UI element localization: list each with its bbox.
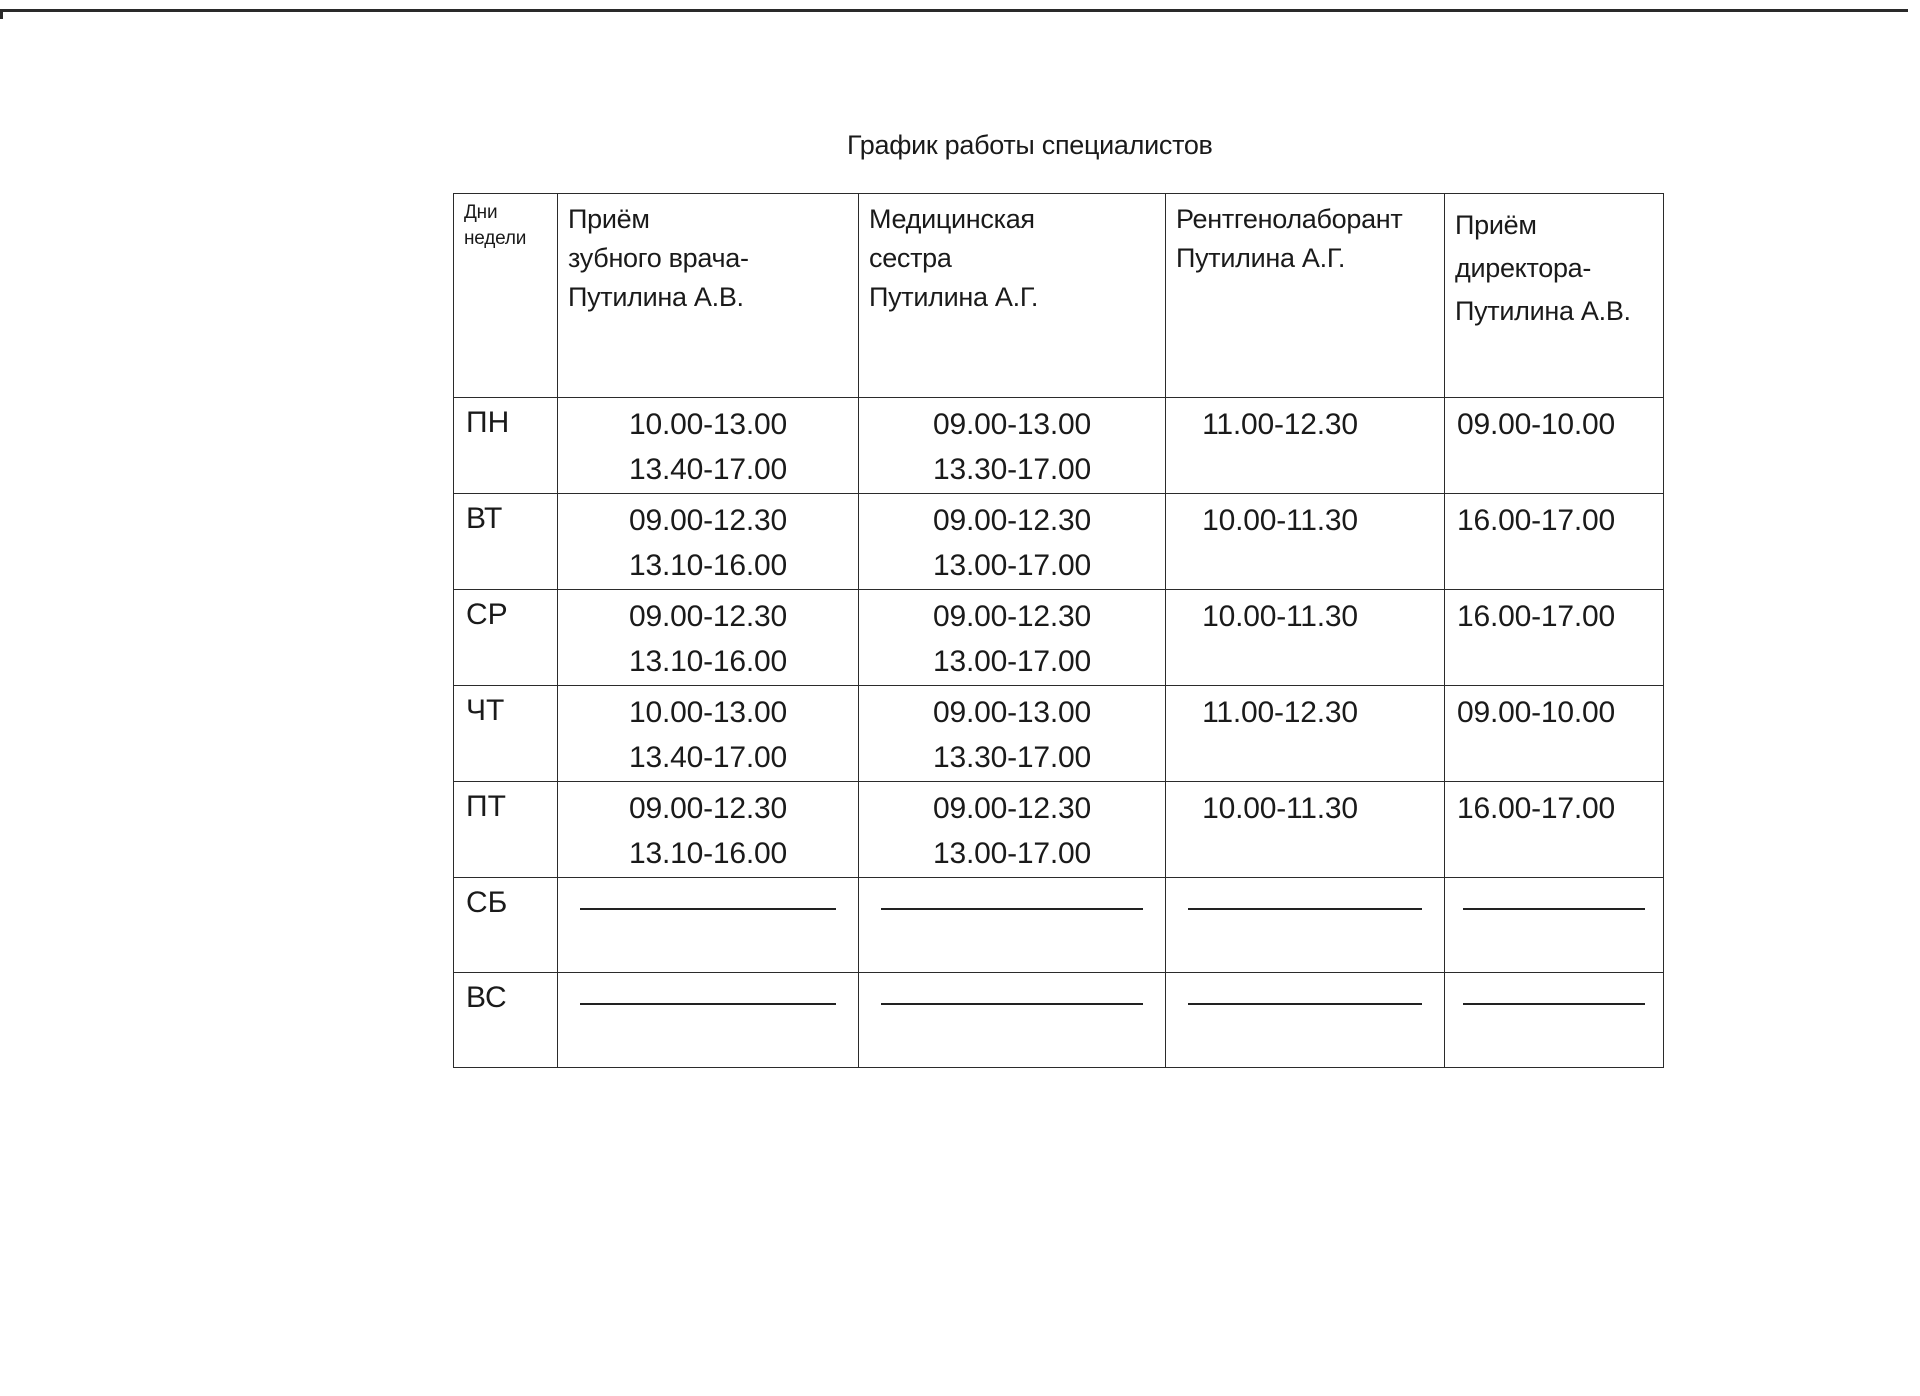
header-line: Путилина А.В. (1455, 290, 1653, 333)
table-row: ВС (454, 973, 1664, 1068)
time-range: 13.00-17.00 (859, 639, 1165, 684)
time-cell: 16.00-17.00 (1445, 590, 1664, 686)
time-cell: 09.00-12.3013.00-17.00 (859, 494, 1166, 590)
header-line: Путилина А.В. (568, 278, 848, 317)
time-cell: 09.00-12.3013.10-16.00 (558, 590, 859, 686)
time-cell (1445, 878, 1664, 973)
no-appointment-dash (1463, 908, 1645, 910)
no-appointment-dash (580, 908, 836, 910)
header-line: зубного врача- (568, 239, 848, 278)
table-row: ВТ09.00-12.3013.10-16.0009.00-12.3013.00… (454, 494, 1664, 590)
header-line: Приём (1455, 204, 1653, 247)
time-range: 09.00-12.30 (859, 594, 1165, 639)
time-range: 13.00-17.00 (859, 543, 1165, 588)
table-row: СР09.00-12.3013.10-16.0009.00-12.3013.00… (454, 590, 1664, 686)
time-cell: 10.00-11.30 (1166, 590, 1445, 686)
time-range: 16.00-17.00 (1457, 594, 1663, 639)
time-cell (859, 878, 1166, 973)
header-dentist: Приём зубного врача- Путилина А.В. (558, 194, 859, 398)
no-appointment-dash (1188, 908, 1422, 910)
day-label: ВС (454, 973, 557, 1018)
header-nurse: Медицинская сестра Путилина А.Г. (859, 194, 1166, 398)
time-range: 13.40-17.00 (558, 735, 858, 780)
scan-border-edge (0, 9, 1908, 12)
time-cell: 09.00-10.00 (1445, 398, 1664, 494)
time-cell: 09.00-12.3013.00-17.00 (859, 782, 1166, 878)
day-cell: СР (454, 590, 558, 686)
header-line: сестра (869, 239, 1155, 278)
time-range: 09.00-13.00 (859, 402, 1165, 447)
header-day-line: недели (464, 226, 549, 252)
day-label: ЧТ (454, 686, 557, 731)
header-row: Дни недели Приём зубного врача- Путилина… (454, 194, 1664, 398)
time-cell: 10.00-11.30 (1166, 494, 1445, 590)
time-cell (1445, 973, 1664, 1068)
time-range: 09.00-12.30 (558, 786, 858, 831)
time-range: 10.00-11.30 (1166, 498, 1394, 543)
day-label: СР (454, 590, 557, 635)
time-range: 10.00-11.30 (1166, 594, 1394, 639)
day-cell: СБ (454, 878, 558, 973)
day-label: ПТ (454, 782, 557, 827)
time-cell: 11.00-12.30 (1166, 686, 1445, 782)
day-cell: ПН (454, 398, 558, 494)
time-range: 10.00-11.30 (1166, 786, 1394, 831)
time-cell (1166, 973, 1445, 1068)
time-range: 09.00-12.30 (558, 594, 858, 639)
time-cell: 16.00-17.00 (1445, 782, 1664, 878)
time-range: 09.00-13.00 (859, 690, 1165, 735)
time-range: 16.00-17.00 (1457, 786, 1663, 831)
time-range: 09.00-10.00 (1457, 690, 1663, 735)
day-label: ПН (454, 398, 557, 443)
time-cell: 09.00-12.3013.10-16.00 (558, 494, 859, 590)
time-range: 13.30-17.00 (859, 735, 1165, 780)
table-row: ПН10.00-13.0013.40-17.0009.00-13.0013.30… (454, 398, 1664, 494)
table-row: ЧТ10.00-13.0013.40-17.0009.00-13.0013.30… (454, 686, 1664, 782)
schedule-table: Дни недели Приём зубного врача- Путилина… (453, 193, 1664, 1068)
table-row: СБ (454, 878, 1664, 973)
time-range: 13.30-17.00 (859, 447, 1165, 492)
header-day-line: Дни (464, 200, 549, 226)
header-line: Путилина А.Г. (869, 278, 1155, 317)
time-cell (558, 973, 859, 1068)
day-cell: ЧТ (454, 686, 558, 782)
time-range: 11.00-12.30 (1166, 402, 1394, 447)
time-cell: 09.00-13.0013.30-17.00 (859, 686, 1166, 782)
time-cell: 09.00-12.3013.00-17.00 (859, 590, 1166, 686)
day-label: СБ (454, 878, 557, 923)
header-line: Путилина А.Г. (1176, 239, 1434, 278)
day-label: ВТ (454, 494, 557, 539)
time-range: 09.00-12.30 (859, 786, 1165, 831)
day-cell: ВТ (454, 494, 558, 590)
header-xray: Рентгенолаборант Путилина А.Г. (1166, 194, 1445, 398)
time-cell (558, 878, 859, 973)
day-cell: ВС (454, 973, 558, 1068)
time-cell: 10.00-11.30 (1166, 782, 1445, 878)
no-appointment-dash (881, 1003, 1143, 1005)
time-range: 13.00-17.00 (859, 831, 1165, 876)
time-range: 10.00-13.00 (558, 402, 858, 447)
time-range: 13.40-17.00 (558, 447, 858, 492)
no-appointment-dash (1188, 1003, 1422, 1005)
time-cell: 09.00-13.0013.30-17.00 (859, 398, 1166, 494)
table-row: ПТ09.00-12.3013.10-16.0009.00-12.3013.00… (454, 782, 1664, 878)
time-cell (1166, 878, 1445, 973)
header-line: директора- (1455, 247, 1653, 290)
time-cell: 10.00-13.0013.40-17.00 (558, 398, 859, 494)
time-range: 09.00-12.30 (558, 498, 858, 543)
no-appointment-dash (580, 1003, 836, 1005)
time-cell: 09.00-10.00 (1445, 686, 1664, 782)
time-cell (859, 973, 1166, 1068)
time-range: 13.10-16.00 (558, 639, 858, 684)
time-range: 09.00-10.00 (1457, 402, 1663, 447)
header-director: Приём директора- Путилина А.В. (1445, 194, 1664, 398)
time-range: 16.00-17.00 (1457, 498, 1663, 543)
time-range: 11.00-12.30 (1166, 690, 1394, 735)
time-cell: 16.00-17.00 (1445, 494, 1664, 590)
header-line: Медицинская (869, 200, 1155, 239)
page-title: График работы специалистов (847, 130, 1213, 161)
header-line: Приём (568, 200, 848, 239)
scan-border-corner (0, 9, 3, 19)
time-range: 13.10-16.00 (558, 543, 858, 588)
header-line: Рентгенолаборант (1176, 200, 1434, 239)
time-cell: 10.00-13.0013.40-17.00 (558, 686, 859, 782)
time-cell: 11.00-12.30 (1166, 398, 1445, 494)
no-appointment-dash (1463, 1003, 1645, 1005)
header-day: Дни недели (454, 194, 558, 398)
time-range: 09.00-12.30 (859, 498, 1165, 543)
time-cell: 09.00-12.3013.10-16.00 (558, 782, 859, 878)
no-appointment-dash (881, 908, 1143, 910)
time-range: 13.10-16.00 (558, 831, 858, 876)
day-cell: ПТ (454, 782, 558, 878)
time-range: 10.00-13.00 (558, 690, 858, 735)
